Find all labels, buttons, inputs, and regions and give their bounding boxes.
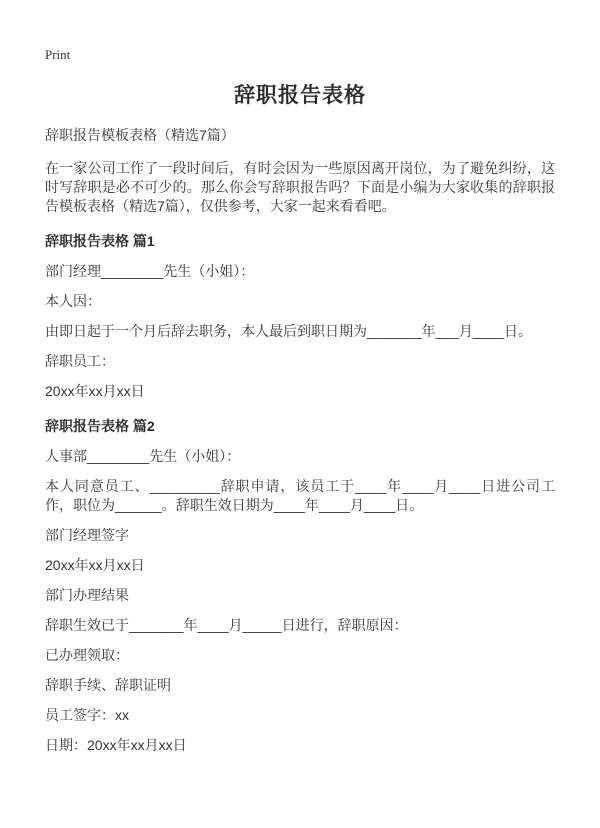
section-heading: 辞职报告表格 篇1	[45, 232, 555, 251]
paragraph-line: 本人因：	[45, 292, 555, 311]
paragraph-line: 部门经理签字	[45, 526, 555, 545]
paragraph-line: 员工签字：xx	[45, 706, 555, 725]
paragraph-line: 辞职员工：	[45, 352, 555, 371]
paragraph-line: 20xx年xx月xx日	[45, 382, 555, 401]
paragraph-line: 由即日起于一个月后辞去职务，本人最后到职日期为_______年___月____日…	[45, 322, 555, 341]
section-2: 辞职报告表格 篇2 人事部________先生（小姐）： 本人同意员工、____…	[45, 417, 555, 755]
page-title: 辞职报告表格	[45, 79, 555, 109]
paragraph-line: 日期：20xx年xx月xx日	[45, 736, 555, 755]
intro-paragraph: 在一家公司工作了一段时间后，有时会因为一些原因离开岗位，为了避免纠纷，这时写辞职…	[45, 159, 555, 216]
document-subtitle: 辞职报告模板表格（精选7篇）	[45, 126, 555, 145]
section-heading: 辞职报告表格 篇2	[45, 417, 555, 436]
paragraph-line: 本人同意员工、_________辞职申请，该员工于____年____月____日…	[45, 477, 555, 515]
paragraph-line: 20xx年xx月xx日	[45, 556, 555, 575]
paragraph-line: 人事部________先生（小姐）：	[45, 447, 555, 466]
section-1: 辞职报告表格 篇1 部门经理________先生（小姐）： 本人因： 由即日起于…	[45, 232, 555, 401]
paragraph-line: 已办理领取：	[45, 646, 555, 665]
print-button[interactable]: Print	[45, 47, 70, 63]
document-page: Print 辞职报告表格 辞职报告模板表格（精选7篇） 在一家公司工作了一段时间…	[0, 0, 600, 828]
paragraph-line: 辞职手续、辞职证明	[45, 676, 555, 695]
paragraph-line: 部门办理结果	[45, 586, 555, 605]
paragraph-line: 辞职生效已于_______年____月_____日进行，辞职原因：	[45, 616, 555, 635]
paragraph-line: 部门经理________先生（小姐）：	[45, 262, 555, 281]
